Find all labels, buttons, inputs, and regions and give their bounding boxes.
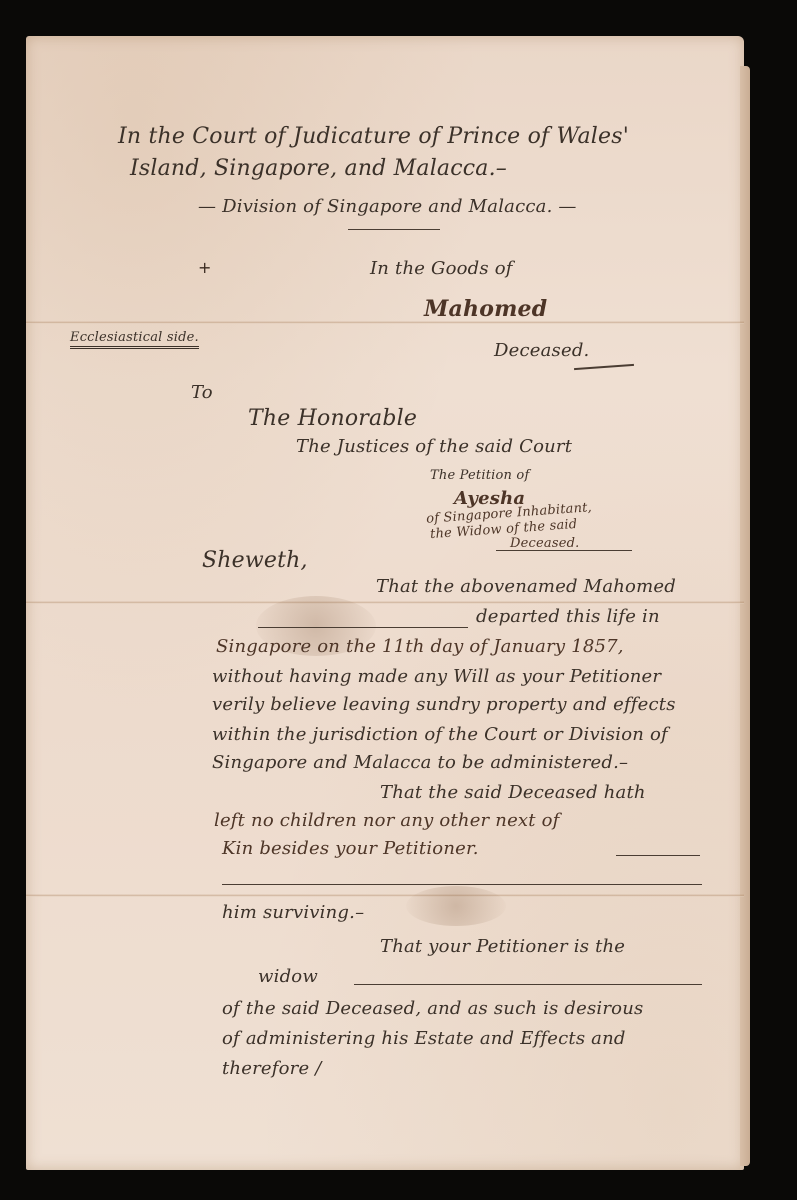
sheweth-label: Sheweth, — [202, 548, 308, 573]
blank-rule — [616, 855, 700, 856]
fold-line — [26, 321, 744, 324]
goods-of-label: In the Goods of — [370, 258, 513, 279]
body-line: without having made any Will as your Pet… — [212, 666, 661, 687]
court-title-line1: In the Court of Judicature of Prince of … — [118, 124, 629, 149]
body-line: verily believe leaving sundry property a… — [212, 694, 676, 715]
deceased-name: Mahomed — [424, 296, 547, 322]
address-to: To — [191, 382, 213, 403]
body-line: of the said Deceased, and as such is des… — [222, 998, 643, 1019]
paper-edge — [740, 66, 750, 1166]
blank-rule — [222, 884, 702, 885]
body-line: therefore / — [222, 1058, 321, 1079]
stain — [406, 886, 506, 926]
body-line: left no children nor any other next of — [214, 810, 560, 831]
header-rule — [348, 229, 440, 230]
scan-background: + In the Court of Judicature of Prince o… — [0, 0, 797, 1200]
body-line: within the jurisdiction of the Court or … — [212, 724, 668, 745]
fold-line — [26, 894, 744, 897]
ink-mark: + — [198, 258, 211, 277]
body-line: Singapore on the 11th day of January 185… — [216, 636, 624, 657]
petition-rule — [496, 550, 632, 551]
address-honorable: The Honorable — [248, 406, 417, 431]
deceased-label: Deceased. — [494, 340, 589, 361]
ecclesiastical-side-label: Ecclesiastical side. — [70, 330, 199, 349]
document-page: + In the Court of Judicature of Prince o… — [26, 36, 744, 1170]
petitioner-desc-line3: Deceased. — [510, 536, 579, 551]
petition-of-label: The Petition of — [430, 468, 529, 483]
body-line: Kin besides your Petitioner. — [222, 838, 479, 859]
body-line: widow — [258, 966, 318, 987]
blank-rule — [354, 984, 702, 985]
blank-rule — [258, 627, 468, 628]
deceased-underline — [574, 364, 634, 370]
division-title: — Division of Singapore and Malacca. — — [198, 196, 577, 217]
court-title-line2: Island, Singapore, and Malacca.– — [130, 156, 507, 181]
body-line: him surviving.– — [222, 902, 364, 923]
body-line: Singapore and Malacca to be administered… — [212, 752, 628, 773]
body-line: That your Petitioner is the — [380, 936, 625, 957]
body-line: That the abovenamed Mahomed — [376, 576, 676, 597]
body-line: of administering his Estate and Effects … — [222, 1028, 626, 1049]
body-line: departed this life in — [476, 606, 660, 627]
body-line: That the said Deceased hath — [380, 782, 646, 803]
address-justices: The Justices of the said Court — [296, 436, 572, 457]
fold-line — [26, 601, 744, 604]
